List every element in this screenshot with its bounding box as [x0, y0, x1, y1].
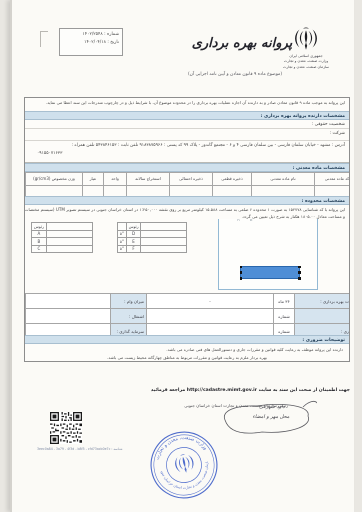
doc-date: تاریخ : ۱۴۰۲/۰۴/۱۸ [63, 39, 119, 47]
mineral-col-probable-reserve: ذخیره احتمالی [170, 173, 213, 186]
vertex-header: رئوس [32, 223, 47, 231]
vertex-header-2: رئوس [126, 223, 141, 231]
verify-line: جهت اطمینان از صحت این سند به سایت http:… [151, 388, 350, 393]
seal-text-bottom: سازمان صنعت، معدن و تجارت استان خراسان ج… [142, 423, 213, 497]
vertex-b: B [32, 238, 47, 246]
mineral-col-definite-reserve: ذخیره قطعی [213, 173, 252, 186]
map-vertex-labels: AB [237, 219, 263, 222]
seal-text-top: وزارت صنعت، معدن و تجارت [151, 430, 209, 462]
verify-url: http://cadastre.mimt.gov.ir [187, 388, 257, 393]
vertex-a: A [32, 230, 47, 238]
company-field: شرکت : [25, 129, 349, 141]
selection-handle-se[interactable] [298, 277, 301, 280]
crop-mark [40, 31, 48, 47]
mineral-table-wrap: کد ماده معدنی نام ماده معدنی ذخیره قطعی … [25, 172, 349, 196]
boundary-text-1: این پروانه با کد شناسایی ۱۵۲۷۷۸ به صورت … [25, 205, 349, 213]
mineral-col-grade: عیار [83, 173, 104, 186]
gov-line-3: سازمان صنعت، معدن و تجارت [270, 65, 342, 70]
main-content-box: این پروانه به موجب ماده ۹ قانون معادن صا… [24, 97, 350, 362]
selection-handle-sw[interactable] [240, 277, 243, 280]
doc-number-box: شماره : ۱۴۰۲/۲۵۴۸ تاریخ : ۱۴۰۲/۰۴/۱۸ [59, 28, 123, 56]
detail-investment-value [26, 324, 111, 336]
section-notes-title: توضیحات ضروری : [25, 335, 349, 344]
detail-employment-value [26, 309, 111, 324]
address-line-2: ۰۹۱۵۵۰۷۱۶۳۳ [25, 149, 349, 156]
vertex-d: D [126, 230, 141, 238]
detail-plan-value [147, 324, 274, 336]
mineral-col-unit: واحد [104, 173, 127, 186]
mineral-col-annual-extraction: استخراج سالانه [127, 173, 170, 186]
signer-name: داود شهرکی [240, 404, 304, 410]
detail-label-duration: زمان اخذ و مدت بهره برداری : [295, 294, 350, 309]
seal-place-label: محل مهر و امضاء [232, 414, 310, 420]
selection-handle-w[interactable] [240, 271, 243, 274]
selection-rectangle[interactable] [240, 266, 300, 279]
vertex-d-tick: ٥° [118, 230, 127, 238]
notes-block: دارنده این پروانه موظف به رعایت کلیه قوا… [25, 344, 349, 361]
detail-discovery-value [147, 309, 274, 324]
verify-text-pre: جهت اطمینان از صحت این سند به سایت [259, 388, 350, 393]
vertex-c-value [46, 245, 92, 253]
address-block: آدرس : مشهد - خیابان سلمان فارسی - بین س… [25, 141, 349, 163]
section-holder-title: مشخصات دارنده پروانه بهره برداری : [25, 111, 349, 120]
mineral-col-density: وزن مخصوص (gr/cm3) [26, 173, 83, 186]
detail-label-plan: طرح بهره برداری : [295, 324, 350, 336]
vertex-f-tick: ٥° [118, 245, 127, 253]
legal-person-field: شخصیت حقوقی : [25, 120, 349, 129]
detail-label-investment: سرمایه گذاری : [111, 324, 147, 336]
vertex-d-value [141, 230, 187, 238]
note-line-2: بهره بردار ملزم به رعایت قوانین و مقررات… [25, 352, 349, 360]
details-table-wrap: زمان اخذ و مدت بهره برداری : ۳۶ ماه - می… [25, 293, 349, 335]
mineral-empty-row [26, 186, 350, 197]
detail-duration-extra: - [147, 294, 274, 309]
detail-label-discovery: گواهی کشف : [295, 309, 350, 324]
selection-handle-nw[interactable] [240, 266, 243, 269]
note-line-1: دارنده این پروانه موظف به رعایت کلیه قوا… [25, 344, 349, 352]
document-subtitle: (موضوع ماده ۹ قانون معادن و آیین نامه اج… [170, 72, 300, 77]
vertex-a-value [46, 230, 92, 238]
address-line-1: آدرس : مشهد - خیابان سلمان فارسی - بین س… [25, 141, 349, 149]
mineral-table: کد ماده معدنی نام ماده معدنی ذخیره قطعی … [25, 172, 349, 196]
selection-handle-e[interactable] [298, 271, 301, 274]
government-emblem-block: جمهوری اسلامی ایران وزارت صنعت، معدن و ت… [270, 26, 342, 70]
vertex-table-abc: رئوس A B C [31, 222, 93, 253]
doc-number: شماره : ۱۴۰۲/۲۵۴۸ [63, 31, 119, 39]
detail-discovery-number-label: شماره [274, 309, 295, 324]
vertex-e: E [126, 238, 141, 246]
mineral-col-name: نام ماده معدنی [252, 173, 315, 186]
details-table: زمان اخذ و مدت بهره برداری : ۳۶ ماه - می… [25, 293, 349, 335]
vertex-f: F [126, 245, 141, 253]
qr-code [50, 412, 82, 444]
detail-label-employment: اشتغال : [111, 309, 147, 324]
vertex-c: C [32, 245, 47, 253]
document-page: شماره : ۱۴۰۲/۲۵۴۸ تاریخ : ۱۴۰۲/۰۴/۱۸ پرو… [10, 0, 354, 512]
iran-emblem-icon [289, 26, 323, 54]
boundary-paragraph: این پروانه با کد شناسایی ۱۵۲۷۷۸ به صورت … [25, 205, 349, 219]
official-seal: وزارت صنعت، معدن و تجارت سازمان صنعت، مع… [142, 423, 225, 506]
mineral-col-code: کد ماده معدنی [315, 173, 350, 186]
section-boundary-title: مشخصات محدوده : [25, 196, 349, 205]
detail-plan-number-label: شماره [274, 324, 295, 336]
vertex-e-value [141, 238, 187, 246]
detail-duration-value: ۳۶ ماه [274, 294, 295, 309]
boundary-region: رئوس A B C رئوس ٥°D ٥°E ٥°F AB [25, 219, 349, 293]
vertex-b-value [46, 238, 92, 246]
vertex-table-def: رئوس ٥°D ٥°E ٥°F [117, 222, 187, 253]
section-mineral-title: مشخصات ماده معدنی : [25, 163, 349, 172]
detail-label-loan: میزان وام : [111, 294, 147, 309]
detail-loan-value [26, 294, 111, 309]
vertex-e-tick: ٥° [118, 238, 127, 246]
selection-handle-ne[interactable] [298, 266, 301, 269]
verify-text-post: مراجعه فرمائید [151, 388, 185, 393]
document-guid: 3eec0a84 - 3a79 - 4f3d - b8f5 - cfd73acb… [37, 447, 157, 451]
scanned-document: شماره : ۱۴۰۲/۲۵۴۸ تاریخ : ۱۴۰۲/۰۴/۱۸ پرو… [0, 0, 362, 512]
map-panel: AB [218, 219, 318, 290]
intro-paragraph: این پروانه به موجب ماده ۹ قانون معادن صا… [25, 98, 349, 111]
vertex-f-value [141, 245, 187, 253]
seal-emblem-icon [173, 453, 195, 475]
